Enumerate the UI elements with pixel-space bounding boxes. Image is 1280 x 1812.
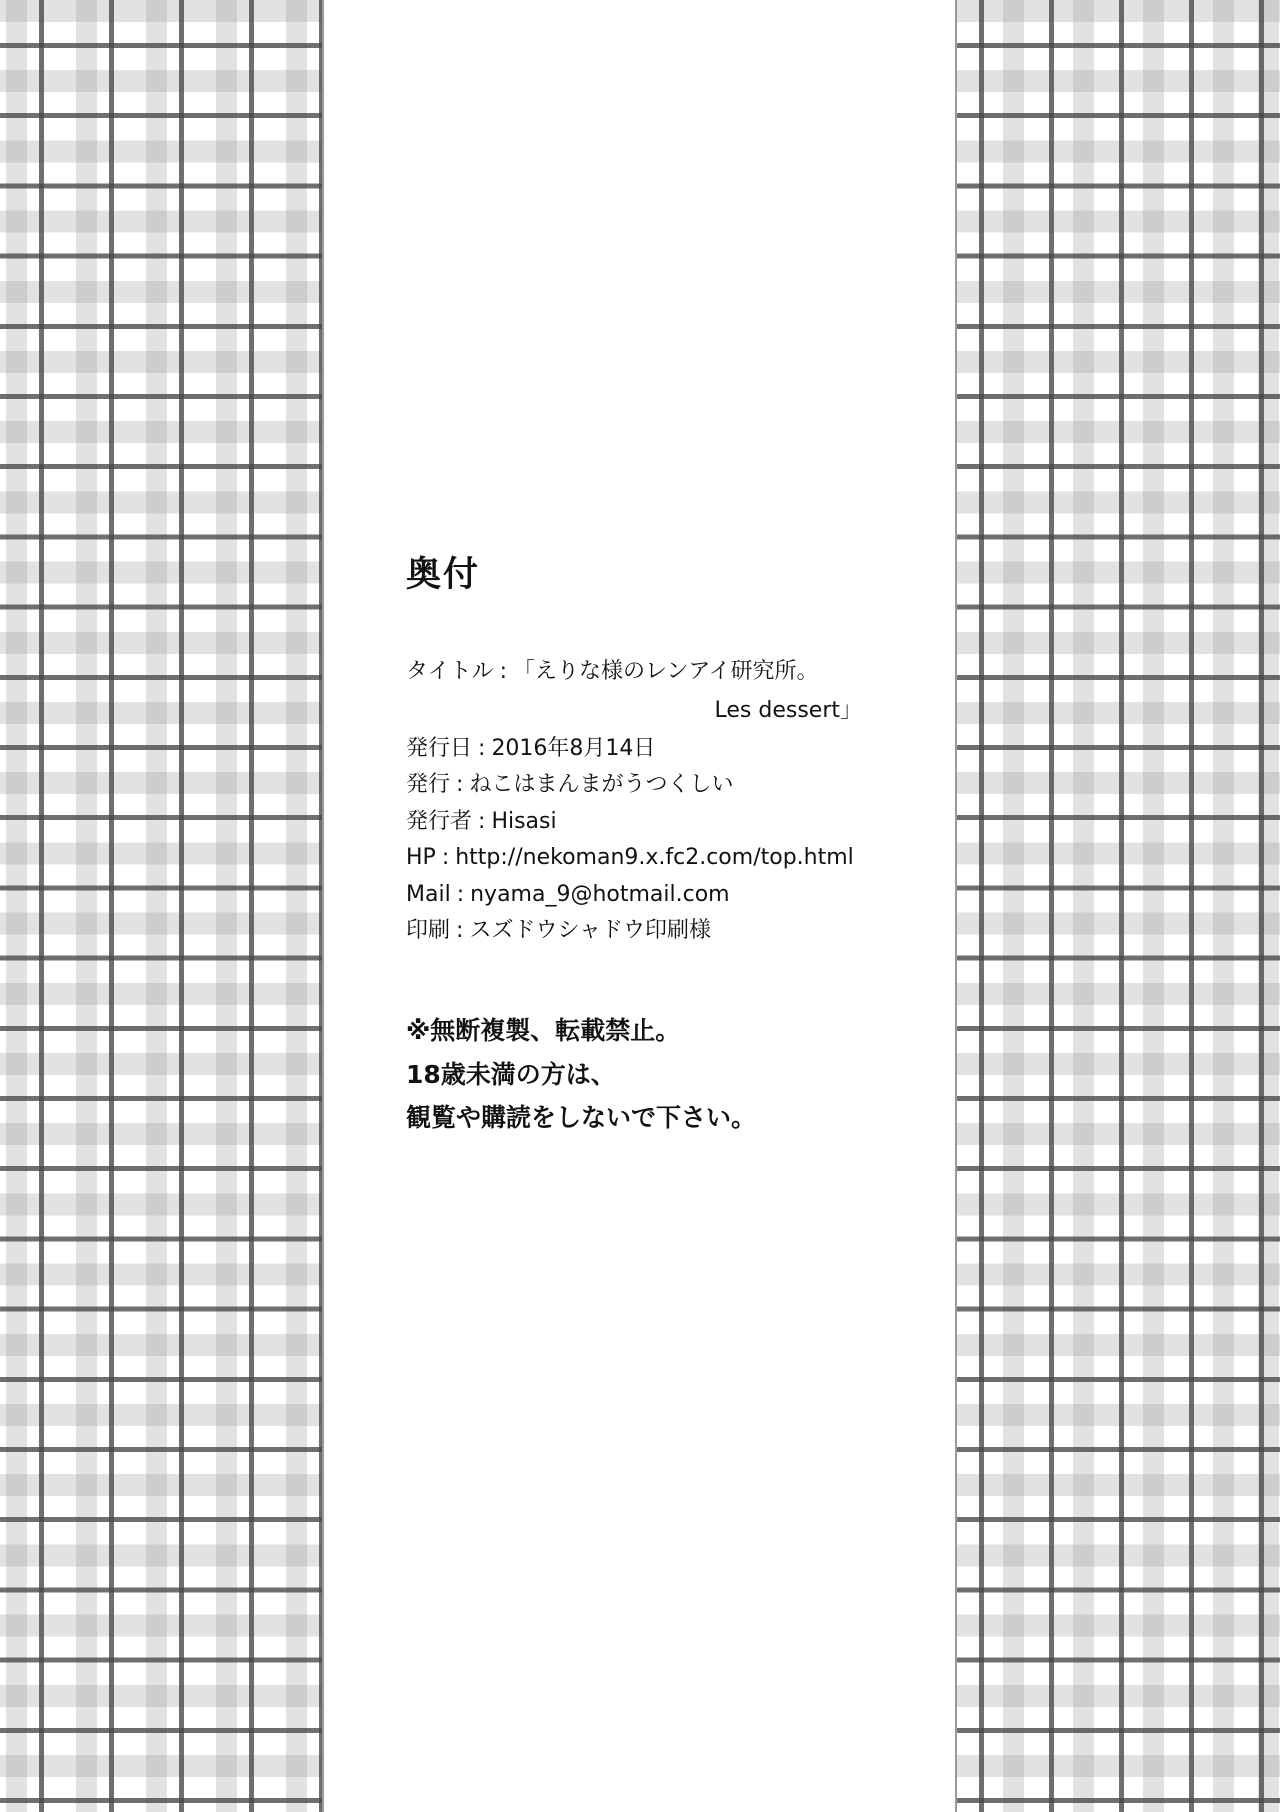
title-row: タイトル:「えりな様のレンアイ研究所。 bbox=[406, 654, 896, 691]
separator: : bbox=[494, 659, 513, 684]
colophon-info: タイトル:「えりな様のレンアイ研究所。 Les dessert」 発行日:201… bbox=[406, 654, 896, 950]
publisher-label: 発行 bbox=[406, 772, 450, 797]
notice-do-not-view: 観覧や購読をしないで下さい。 bbox=[406, 1096, 756, 1140]
separator: : bbox=[451, 882, 470, 907]
issuer-label: 発行者 bbox=[406, 809, 472, 834]
issuer-row: 発行者:Hisasi bbox=[406, 804, 896, 841]
separator: : bbox=[472, 736, 491, 761]
title-value: 「えりな様のレンアイ研究所。 bbox=[513, 659, 818, 684]
publisher-value: ねこはまんまがうつくしい bbox=[469, 772, 733, 797]
homepage-row: HP:http://nekoman9.x.fc2.com/top.html bbox=[406, 840, 896, 877]
title-value-line2: Les dessert」 bbox=[715, 698, 863, 723]
issuer-value: Hisasi bbox=[491, 809, 556, 834]
notice-no-reproduction: ※無断複製、転載禁止。 bbox=[406, 1009, 756, 1053]
plaid-border-right bbox=[955, 0, 1280, 1812]
publisher-row: 発行:ねこはまんまがうつくしい bbox=[406, 767, 896, 804]
printer-row: 印刷:スズドウシャドウ印刷様 bbox=[406, 913, 896, 950]
printer-value: スズドウシャドウ印刷様 bbox=[469, 918, 711, 943]
printer-label: 印刷 bbox=[406, 918, 450, 943]
publish-date-row: 発行日:2016年8月14日 bbox=[406, 731, 896, 768]
publish-date-label: 発行日 bbox=[406, 736, 472, 761]
mail-label: Mail bbox=[406, 882, 451, 907]
homepage-label: HP bbox=[406, 845, 436, 870]
publish-date-value: 2016年8月14日 bbox=[491, 736, 655, 761]
notice-age-restriction: 18歳未満の方は、 bbox=[406, 1053, 756, 1097]
homepage-url: http://nekoman9.x.fc2.com/top.html bbox=[455, 845, 854, 870]
separator: : bbox=[450, 772, 469, 797]
mail-address: nyama_9@hotmail.com bbox=[470, 882, 730, 907]
page-heading: 奥付 bbox=[406, 553, 480, 597]
separator: : bbox=[472, 809, 491, 834]
mail-row: Mail:nyama_9@hotmail.com bbox=[406, 877, 896, 914]
separator: : bbox=[436, 845, 455, 870]
separator: : bbox=[450, 918, 469, 943]
notice-block: ※無断複製、転載禁止。 18歳未満の方は、 観覧や購読をしないで下さい。 bbox=[406, 1009, 756, 1140]
title-label: タイトル bbox=[406, 659, 494, 684]
title-row-continued: Les dessert」 bbox=[406, 691, 896, 731]
plaid-border-left bbox=[0, 0, 324, 1812]
